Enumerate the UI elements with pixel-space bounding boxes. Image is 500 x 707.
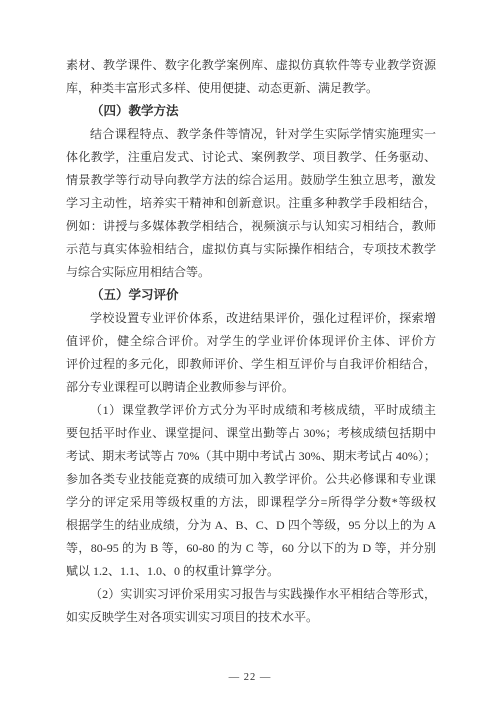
- text-line: 示范与真实体验相结合，虚拟仿真与实际操作相结合，专项技术教学: [66, 238, 436, 261]
- page-number: — 22 —: [0, 671, 500, 685]
- text-line: 评价过程的多元化，即教师评价、学生相互评价与自我评价相结合，: [66, 353, 436, 376]
- text-line: 学习主动性，培养实干精神和创新意识。注重多种教学手段相结合，: [66, 192, 436, 215]
- text-line: 学校设置专业评价体系，改进结果评价，强化过程评价，探索增: [66, 307, 436, 330]
- text-line: 学分的评定采用等级权重的方法，即课程学分=所得学分数*等级权重。: [66, 491, 436, 514]
- document-text: 素材、教学课件、数字化教学案例库、虚拟仿真软件等专业教学资源 库，种类丰富形式多…: [66, 54, 436, 629]
- text-line: 要包括平时作业、课堂提问、课堂出勤等占 30%；考核成绩包括期中: [66, 422, 436, 445]
- text-line: 赋以 1.2、1.1、1.0、0 的权重计算学分。: [66, 560, 436, 583]
- section-heading-5: （五）学习评价: [66, 284, 436, 307]
- text-line: 等，80-95 的为 B 等，60-80 的为 C 等，60 分以下的为 D 等…: [66, 537, 436, 560]
- text-line: 参加各类专业技能竞赛的成绩可加入教学评价。公共必修课和专业课: [66, 468, 436, 491]
- text-line: 体化教学，注重启发式、讨论式、案例教学、项目教学、任务驱动、: [66, 146, 436, 169]
- text-line: 与综合实际应用相结合等。: [66, 261, 436, 284]
- text-line: 考试、期末考试等占 70%（其中期中考试占 30%、期末考试占 40%）；: [66, 445, 436, 468]
- text-line: （2）实训实习评价采用实习报告与实践操作水平相结合等形式，: [66, 583, 436, 606]
- text-line: 例如：讲授与多媒体教学相结合，视频演示与认知实习相结合，教师: [66, 215, 436, 238]
- text-line: 情景教学等行动导向教学方法的综合运用。鼓励学生独立思考，激发: [66, 169, 436, 192]
- text-line: 库，种类丰富形式多样、使用便捷、动态更新、满足教学。: [66, 77, 436, 100]
- section-heading-4: （四）教学方法: [66, 100, 436, 123]
- text-line: 素材、教学课件、数字化教学案例库、虚拟仿真软件等专业教学资源: [66, 54, 436, 77]
- text-line: 如实反映学生对各项实训实习项目的技术水平。: [66, 606, 436, 629]
- text-line: 根据学生的结业成绩，分为 A、B、C、D 四个等级，95 分以上的为 A: [66, 514, 436, 537]
- text-line: 值评价，健全综合评价。对学生的学业评价体现评价主体、评价方式、: [66, 330, 436, 353]
- text-line: （1）课堂教学评价方式分为平时成绩和考核成绩，平时成绩主: [66, 399, 436, 422]
- document-page: 素材、教学课件、数字化教学案例库、虚拟仿真软件等专业教学资源 库，种类丰富形式多…: [0, 0, 500, 707]
- text-line: 部分专业课程可以聘请企业教师参与评价。: [66, 376, 436, 399]
- text-line: 结合课程特点、教学条件等情况，针对学生实际学情实施理实一: [66, 123, 436, 146]
